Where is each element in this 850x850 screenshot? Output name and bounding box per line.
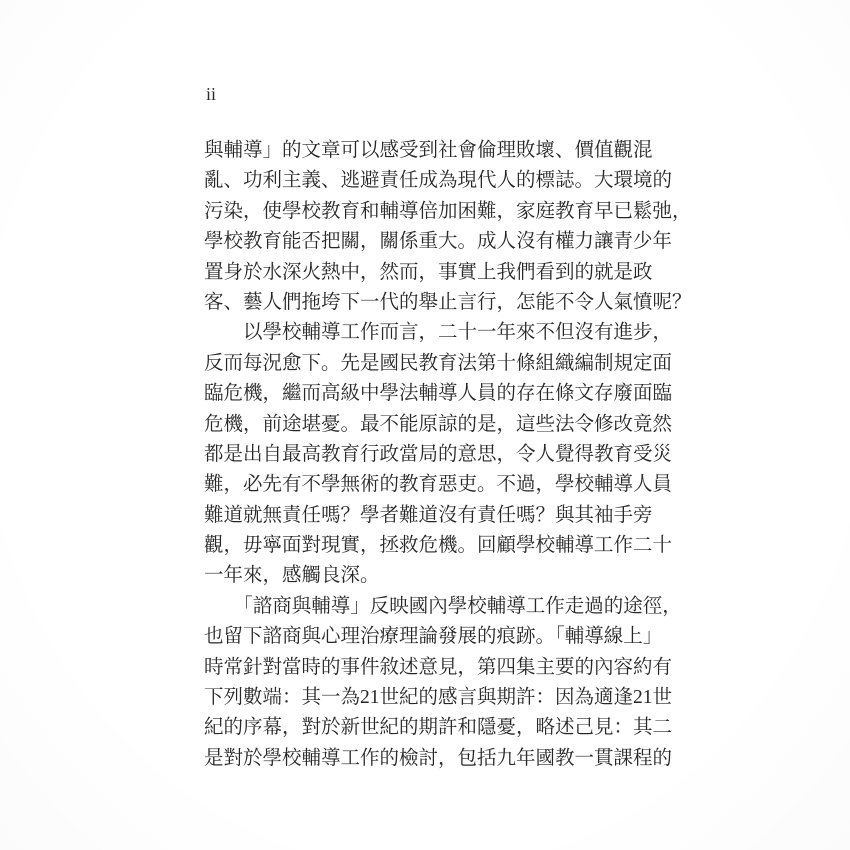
text-line: 與輔導」的文章可以感受到社會倫理敗壞、價值觀混 [204, 136, 647, 166]
text-line: 「諮商與輔導」反映國內學校輔導工作走過的途徑， [204, 592, 647, 622]
text-line-paragraph-end: 一年來，感觸良深。 [204, 561, 647, 591]
page-number: ii [206, 84, 216, 105]
text-line: 是對於學校輔導工作的檢討，包括九年國教一貫課程的 [204, 744, 647, 774]
text-line: 臨危機，繼而高級中學法輔導人員的存在條文存廢面臨 [204, 379, 647, 409]
text-line: 時常針對當時的事件敘述意見，第四集主要的內容約有 [204, 653, 647, 683]
text-line: 反而每況愈下。先是國民教育法第十條組織編制規定面 [204, 349, 647, 379]
text-line: 紀的序幕，對於新世紀的期許和隱憂，略述己見：其二 [204, 713, 647, 743]
text-line: 以學校輔導工作而言，二十一年來不但沒有進步， [204, 318, 647, 348]
text-line: 下列數端：其一為21世紀的感言與期許：因為適逢21世 [204, 683, 647, 713]
book-page: ii 與輔導」的文章可以感受到社會倫理敗壞、價值觀混 亂、功利主義、逃避責任成為… [0, 0, 850, 850]
text-line: 學校教育能否把關，關係重大。成人沒有權力讓青少年 [204, 227, 647, 257]
text-line: 污染，使學校教育和輔導倍加困難，家庭教育早已鬆弛， [204, 197, 647, 227]
text-line: 危機，前途堪憂。最不能原諒的是，這些法令修改竟然 [204, 410, 647, 440]
text-line: 觀，毋寧面對現實，拯救危機。回顧學校輔導工作二十 [204, 531, 647, 561]
body-text: 與輔導」的文章可以感受到社會倫理敗壞、價值觀混 亂、功利主義、逃避責任成為現代人… [204, 136, 647, 774]
text-line: 難道就無責任嗎？學者難道沒有責任嗎？與其袖手旁 [204, 501, 647, 531]
text-line: 亂、功利主義、逃避責任成為現代人的標誌。大環境的 [204, 166, 647, 196]
text-line: 客、藝人們拖垮下一代的舉止言行，怎能不令人氣憤呢？ [204, 288, 647, 318]
text-line: 難，必先有不學無術的教育惡吏。不過，學校輔導人員 [204, 470, 647, 500]
text-line: 置身於水深火熱中，然而，事實上我們看到的就是政 [204, 258, 647, 288]
text-line: 也留下諮商與心理治療理論發展的痕跡。「輔導線上」 [204, 622, 647, 652]
text-line: 都是出自最高教育行政當局的意思，令人覺得教育受災 [204, 440, 647, 470]
